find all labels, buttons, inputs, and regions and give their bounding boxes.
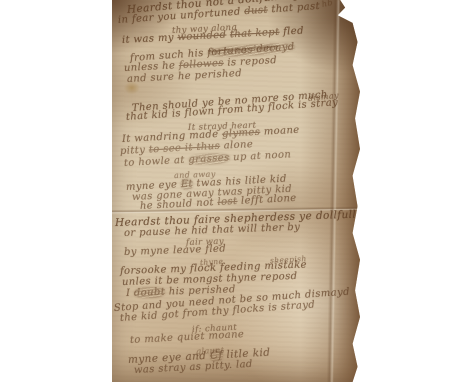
handwritten-text: lefft alone [237,193,297,207]
handwritten-text: to make quiet moane [130,329,245,346]
scribbled-out-word: doubt [134,287,166,299]
handwritten-text: it was my [122,32,178,46]
handwritten-text: fled [279,25,304,37]
handwritten-text: to howle at [124,155,189,169]
manuscript-line: to make quiet moane [130,330,245,346]
manuscript-line: by myne leave fled [124,244,226,258]
handwritten-text: by myne leave fled [124,243,226,258]
handwritten-text: up at noon [229,149,291,163]
fold-crease-vertical [327,0,341,382]
handwritten-text: pitty [120,144,149,156]
handwritten-text: alone [220,139,254,152]
photo-canvas: Heardst thou not a dollfull cryhbin fear… [0,0,468,382]
struck-word: wounded [177,30,226,44]
manuscript-line: hb [321,0,333,9]
struck-word: that kept [230,27,280,41]
struck-word: lost [217,196,238,208]
handwritten-text: moane [260,125,300,138]
handwritten-text: hb [321,0,334,9]
struck-word: dust [244,5,268,18]
struck-word: glymes [222,127,261,140]
manuscript-page: Heardst thou not a dollfull cryhbin fear… [112,0,360,382]
scribbled-out-word: grasses [188,152,230,165]
handwritten-text: that past [267,1,320,16]
handwritten-text: is reposd [223,55,277,69]
